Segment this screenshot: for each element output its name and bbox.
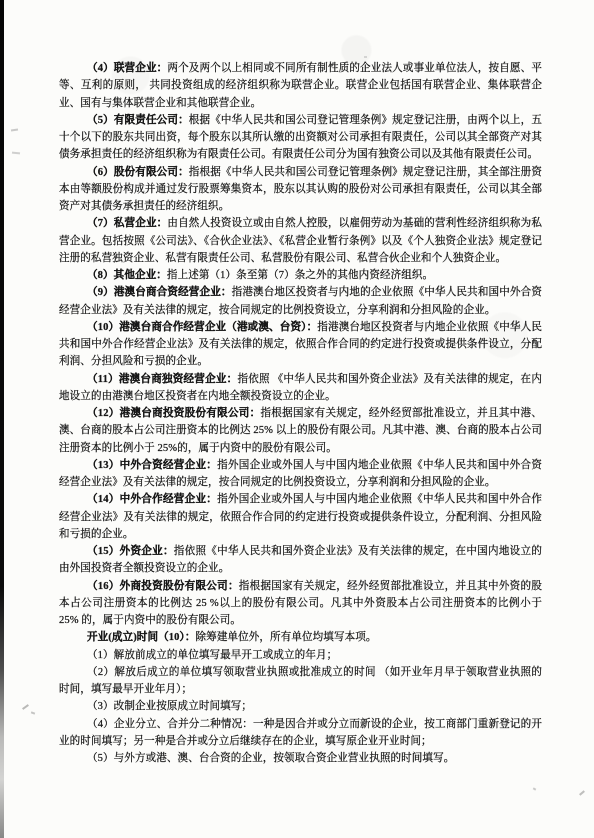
- item-number: （6）: [87, 167, 114, 178]
- list-item-text: 改制企业按原成立时间填写；: [114, 701, 252, 712]
- term-label: 中外合资经营企业：: [120, 460, 218, 471]
- definition-paragraph-8: （8）其他企业：指上述第（1）条至第（7）条之外的其他内资经济组织。: [59, 267, 542, 284]
- term-label: 私营企业：: [114, 218, 168, 229]
- list-item-1: （1）解放前成立的单位填写最早开工或成立的年月；: [59, 647, 542, 664]
- list-item-3: （3）改制企业按原成立时间填写；: [59, 698, 542, 715]
- term-label: 中外合作经营企业：: [120, 494, 218, 505]
- term-label: 外商投资股份有限公司：: [120, 581, 239, 592]
- definition-paragraph-6: （6）股份有限公司：指根据《中华人民共和国公司登记管理条例》规定登记注册，其全部…: [59, 164, 542, 216]
- item-number: （4）: [87, 63, 114, 74]
- scan-speckle: [579, 790, 585, 795]
- definition-paragraph-15: （15）外资企业：指依照《中华人民共和国外资企业法》及有关法律的规定，在中国内地…: [59, 543, 542, 578]
- definition-paragraph-9: （9）港澳台商合资经营企业：指港澳台地区投资者与内地的企业依照《中华人民共和国中…: [59, 284, 542, 319]
- list-item-text: 解放前成立的单位填写最早开工或成立的年月；: [114, 650, 338, 661]
- list-item-text: 解放后成立的单位填写领取营业执照或批准成立的时间 （如开业年月早于领取营业执照的…: [59, 667, 542, 695]
- scanned-document-page: （4）联营企业：两个及两个以上相同或不同所有制性质的企业法人或事业单位法人，按自…: [0, 0, 594, 838]
- item-number: （4）: [87, 719, 114, 730]
- definition-paragraph-16: （16）外商投资股份有限公司：指根据国家有关规定，经外经贸部批准设立，并且其中外…: [59, 578, 542, 630]
- section-heading-paragraph: 开业(成立)时间（10）：除筹建单位外，所有单位均填写本项。: [59, 629, 542, 646]
- term-label: 联营企业：: [114, 63, 168, 74]
- scan-speckle: [12, 152, 20, 155]
- section-lead-text: 除筹建单位外，所有单位均填写本项。: [196, 632, 377, 643]
- definition-paragraph-5: （5）有限责任公司：根据《中华人民共和国公司登记管理条例》规定登记注册，由两个以…: [59, 112, 542, 164]
- list-item-2: （2）解放后成立的单位填写领取营业执照或批准成立的时间 （如开业年月早于领取营业…: [59, 664, 542, 699]
- item-number: （12）: [87, 408, 120, 419]
- term-label: 外资企业：: [120, 546, 174, 557]
- scan-speckle: [533, 787, 537, 790]
- term-label: 其他企业：: [114, 270, 167, 281]
- item-number: （11）: [87, 374, 119, 385]
- item-number: （5）: [87, 753, 114, 764]
- pen-mark-artifact: [31, 711, 35, 714]
- definition-paragraph-7: （7）私营企业：由自然人投资设立或由自然人控股，以雇佣劳动为基础的营利性经济组织…: [59, 215, 542, 267]
- paragraph-text: 指上述第（1）条至第（7）条之外的其他内资经济组织。: [167, 270, 433, 281]
- item-number: （2）: [87, 667, 114, 678]
- list-item-5: （5）与外方或港、澳、台合资的企业，按领取合资企业营业执照的时间填写。: [59, 750, 542, 767]
- section-heading: 开业(成立)时间（10）：: [87, 632, 196, 643]
- item-number: （15）: [87, 546, 120, 557]
- document-body-text: （4）联营企业：两个及两个以上相同或不同所有制性质的企业法人或事业单位法人，按自…: [59, 60, 542, 767]
- definition-paragraph-13: （13）中外合资经营企业：指外国企业或外国人与中国内地企业依照《中华人民共和国中…: [59, 457, 542, 492]
- scan-edge-artifact: [0, 0, 4, 838]
- definition-paragraph-10: （10）港澳台商合作经营企业（港或澳、台资）：指港澳台地区投资者与内地企业依照《…: [59, 319, 542, 371]
- definition-paragraph-12: （12）港澳台商投资股份有限公司：指根据国家有关规定，经外经贸部批准设立，并且其…: [59, 405, 542, 457]
- term-label: 港澳台商独资经营企业：: [119, 374, 238, 385]
- scan-speckle: [11, 129, 18, 132]
- definition-paragraph-4: （4）联营企业：两个及两个以上相同或不同所有制性质的企业法人或事业单位法人，按自…: [59, 60, 542, 112]
- item-number: （13）: [87, 460, 120, 471]
- term-label: 港澳台商合资经营企业：: [114, 287, 232, 298]
- item-number: （5）: [87, 115, 114, 126]
- term-label: 港澳台商投资股份有限公司：: [120, 408, 261, 419]
- term-label: 港澳台商合作经营企业（港或澳、台资）：: [119, 322, 317, 333]
- item-number: （7）: [87, 218, 114, 229]
- scan-speckle: [364, 56, 367, 58]
- definition-paragraph-14: （14）中外合作经营企业：指外国企业或外国人与中国内地企业依照《中华人民共和国中…: [59, 491, 542, 543]
- item-number: （9）: [87, 287, 114, 298]
- list-item-text: 与外方或港、澳、台合资的企业，按领取合资企业营业执照的时间填写。: [114, 753, 455, 764]
- list-item-text: 企业分立、合并分二种情况：一种是因合并或分立而新设的企业，按工商部门重新登记的开…: [59, 719, 542, 747]
- pen-mark-artifact: [22, 704, 29, 710]
- item-number: （8）: [87, 270, 114, 281]
- term-label: 有限责任公司：: [114, 115, 189, 126]
- list-item-4: （4）企业分立、合并分二种情况：一种是因合并或分立而新设的企业，按工商部门重新登…: [59, 716, 542, 751]
- item-number: （1）: [87, 650, 114, 661]
- item-number: （16）: [87, 581, 120, 592]
- item-number: （10）: [87, 322, 119, 333]
- definition-paragraph-11: （11）港澳台商独资经营企业：指依照 《中华人民共和国外资企业法》及有关法律的规…: [59, 371, 542, 406]
- item-number: （3）: [87, 701, 114, 712]
- item-number: （14）: [87, 494, 120, 505]
- term-label: 股份有限公司：: [114, 167, 189, 178]
